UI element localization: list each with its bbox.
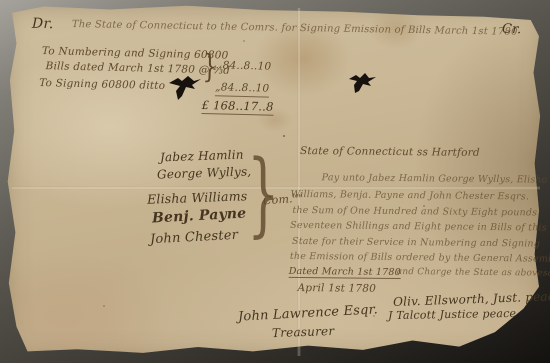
ink-blot-right: [347, 71, 377, 95]
order-april-date: April 1st 1780: [297, 282, 376, 295]
order-heading: State of Connecticut ss Hartford: [300, 145, 480, 159]
header-cr-label: Cr.: [502, 22, 522, 38]
treasurer-title: Treasurer: [272, 324, 335, 340]
paper-specks: [283, 135, 285, 137]
photograph-of-manuscript: Dr. The State of Connecticut to the Comr…: [0, 0, 550, 363]
order-line-1: Pay unto Jabez Hamlin George Wyllys, Eli…: [322, 172, 548, 185]
ink-blot-left: [167, 72, 203, 102]
order-dated-line: Dated March 1st 1780: [289, 266, 401, 279]
committee-name-1: Jabez Hamlin: [160, 148, 244, 165]
account-amount-2: „84..8..10: [215, 81, 270, 97]
header-dr-label: Dr.: [32, 16, 54, 32]
account-total: £ 168..17..8: [201, 98, 273, 116]
order-charge-line: and Charge the State as abovesaid: [397, 267, 550, 279]
signature-talcott: J Talcott Justice peace: [388, 307, 516, 322]
account-amount-1: ..84..8..10: [216, 59, 272, 72]
